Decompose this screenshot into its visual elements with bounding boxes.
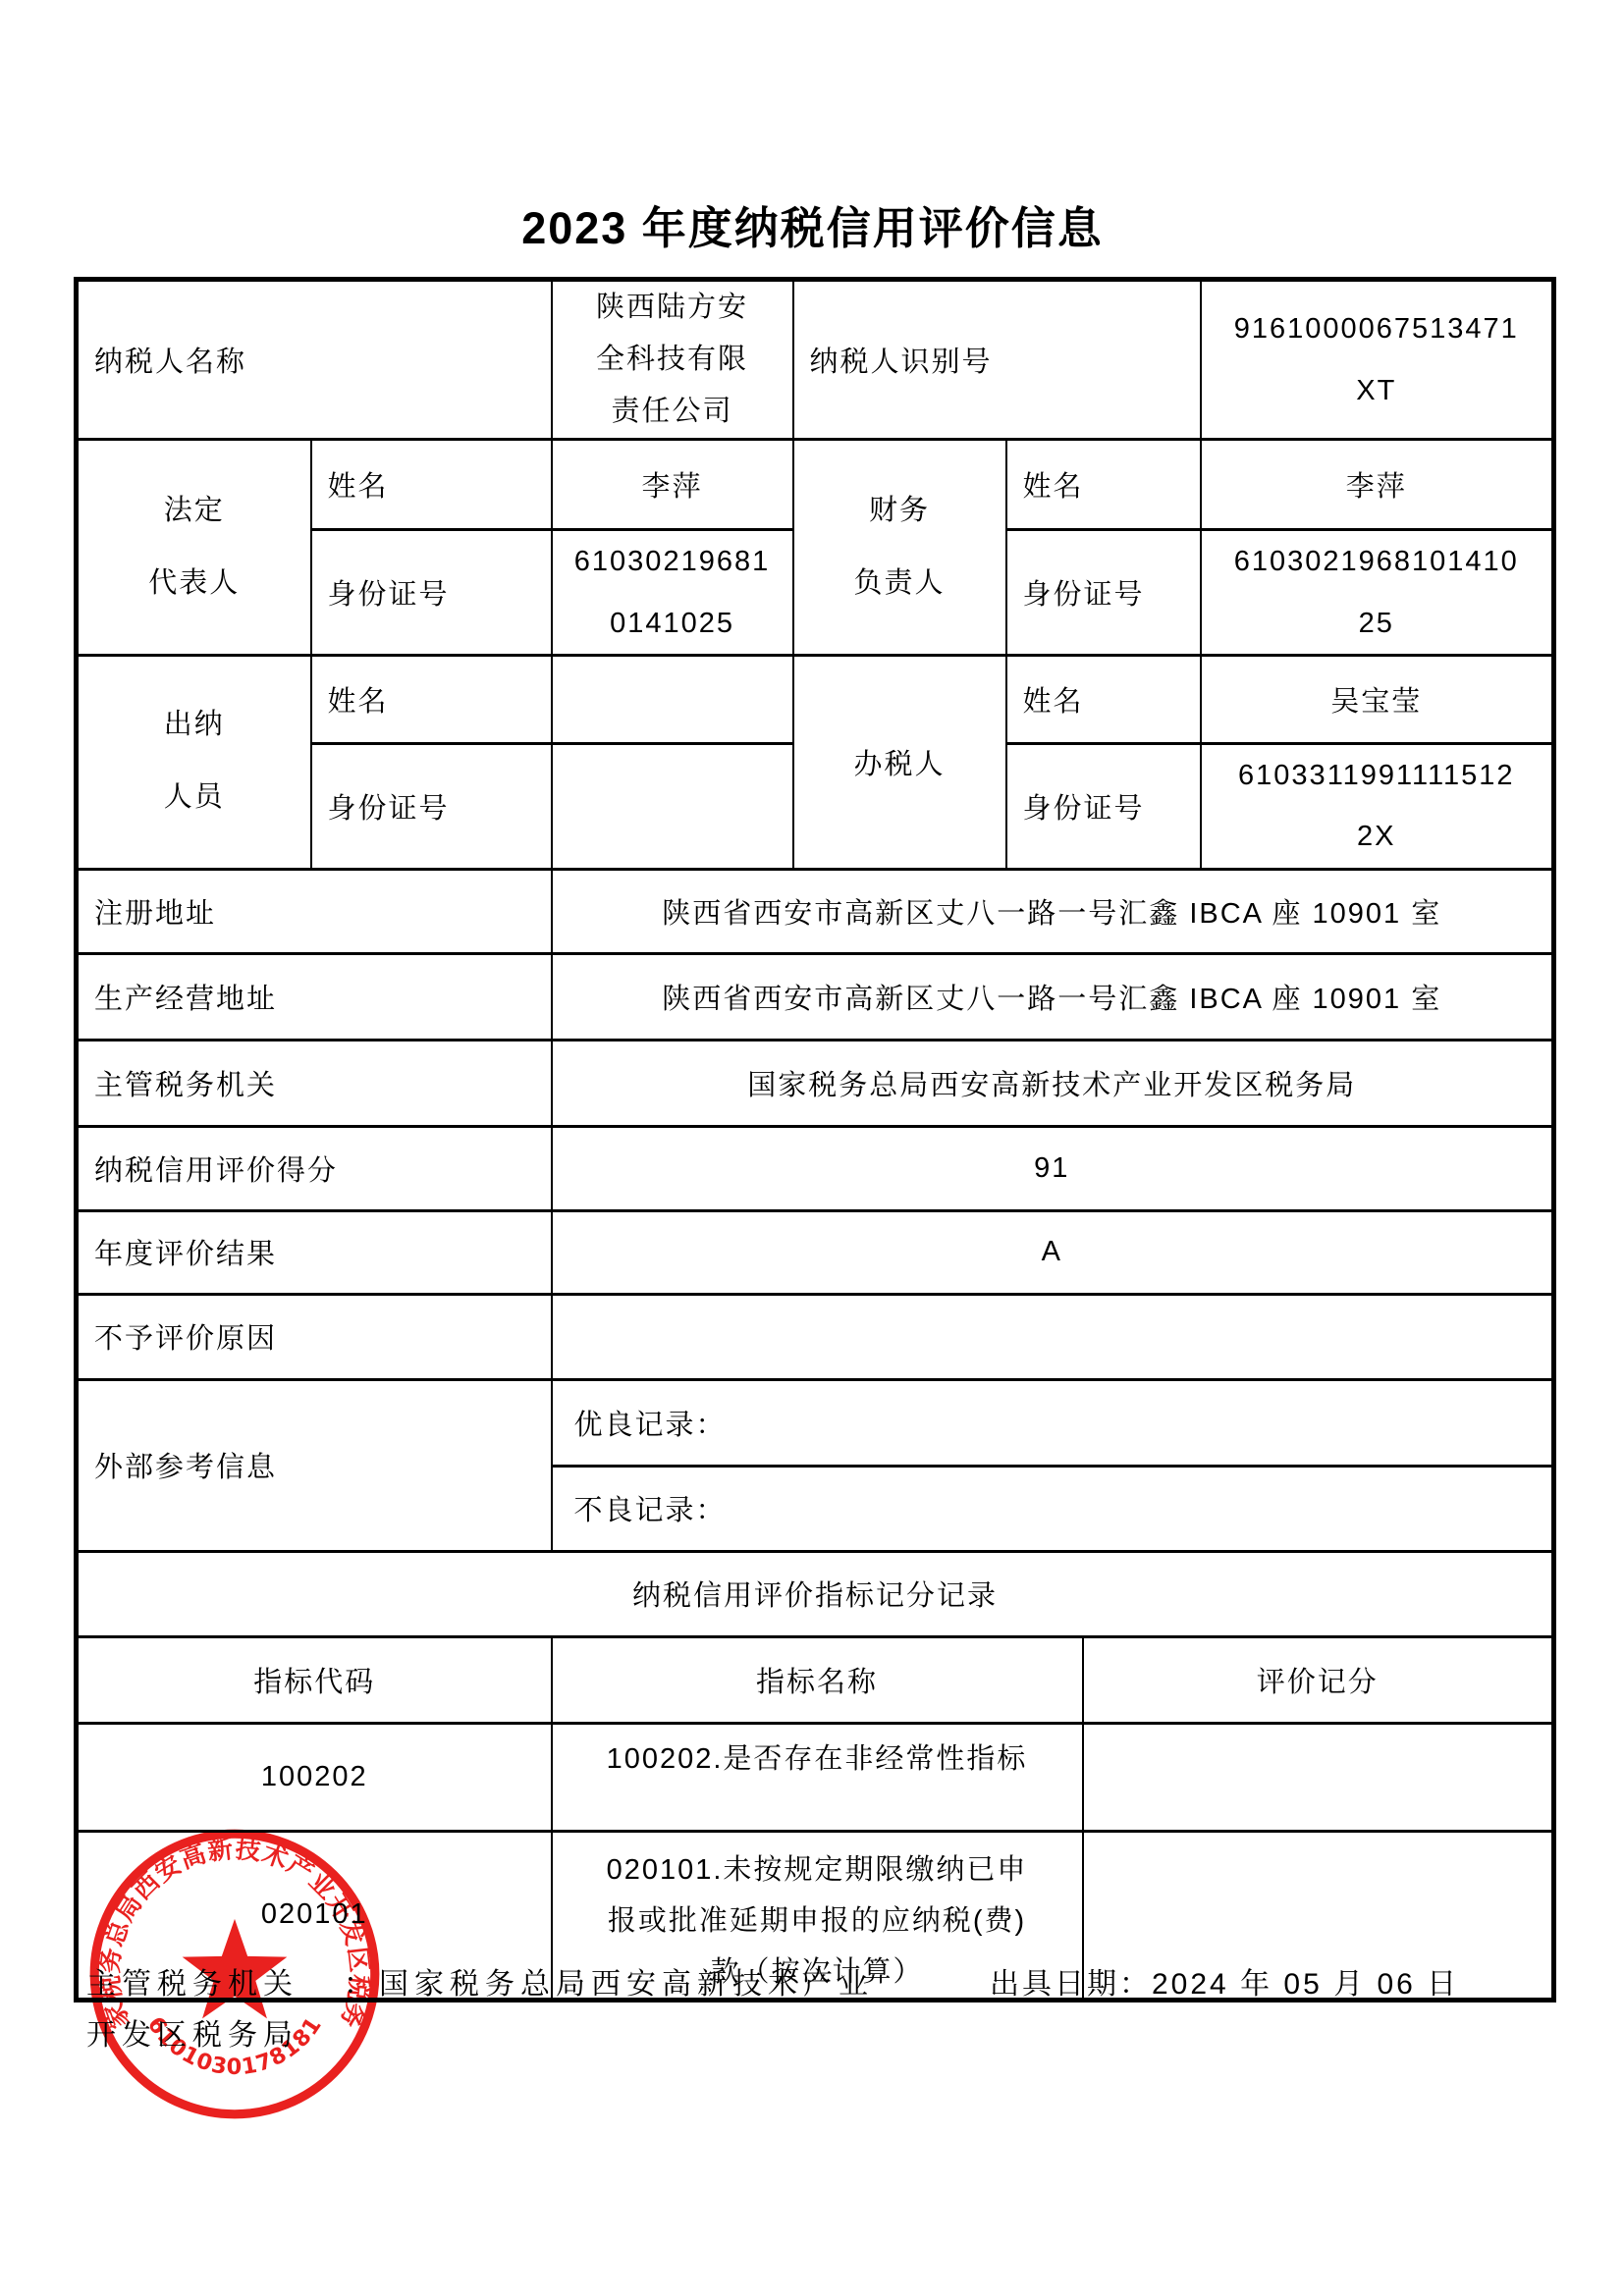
indicator-name-100202: 100202.是否存在非经常性指标 <box>552 1723 1083 1831</box>
tax-handler-id-value: 6103311991111512 2X <box>1201 743 1554 869</box>
legal-rep-name-label: 姓名 <box>311 440 552 530</box>
good-record-cell: 优良记录： <box>552 1379 1554 1466</box>
text-line: 责任公司 <box>553 386 792 438</box>
indicator-section-title: 纳税信用评价指标记分记录 <box>77 1551 1554 1636</box>
tax-handler-label: 办税人 <box>793 655 1006 869</box>
business-address-label: 生产经营地址 <box>77 953 552 1040</box>
table-row: 不予评价原因 <box>77 1294 1554 1379</box>
table-row: 指标代码 指标名称 评价记分 <box>77 1636 1554 1723</box>
text-line: 陕西陆方安 <box>553 282 792 334</box>
no-eval-reason-value <box>552 1294 1554 1379</box>
text-line: 出纳 <box>79 689 310 762</box>
text-line: 代表人 <box>79 548 310 620</box>
text-line: 负责人 <box>794 548 1005 620</box>
text-line: 61030219681 <box>553 531 792 592</box>
bad-record-cell: 不良记录： <box>552 1466 1554 1551</box>
indicator-score-100202 <box>1083 1723 1554 1831</box>
tax-authority-label: 主管税务机关 <box>77 1040 552 1126</box>
seal-ring-text-holder: 国家税务总局西安高新技术产业开发区税务局 <box>84 1824 374 2032</box>
legal-rep-id-label: 身份证号 <box>311 530 552 656</box>
indicator-name-header: 指标名称 <box>552 1636 1083 1723</box>
text-line: XT <box>1202 360 1552 421</box>
finance-officer-name-value: 李萍 <box>1201 440 1554 530</box>
table-row: 注册地址 陕西省西安市高新区丈八一路一号汇鑫 IBCA 座 10901 室 <box>77 869 1554 953</box>
cashier-label: 出纳 人员 <box>77 655 311 869</box>
text-line: 020101.未按规定期限缴纳已申 <box>553 1844 1082 1896</box>
text-line: 财务 <box>794 475 1005 548</box>
footer-authority-value-line1: 国家税务总局西安高新技术产业 <box>379 1968 874 2001</box>
text-line: 25 <box>1202 593 1552 654</box>
registered-address-label: 注册地址 <box>77 869 552 953</box>
tax-handler-name-label: 姓名 <box>1006 655 1201 743</box>
text-line: 9161000067513471 <box>1202 298 1552 359</box>
issue-date: 出具日期：2024 年 05 月 06 日 <box>990 1959 1459 2002</box>
table-row: 纳税信用评价指标记分记录 <box>77 1551 1554 1636</box>
cashier-id-label: 身份证号 <box>311 743 552 869</box>
indicator-score-header: 评价记分 <box>1083 1636 1554 1723</box>
tax-handler-name-value: 吴宝莹 <box>1201 655 1554 743</box>
cashier-id-value <box>552 743 793 869</box>
taxpayer-name-value: 陕西陆方安 全科技有限 责任公司 <box>552 280 793 440</box>
table-row: 纳税人名称 陕西陆方安 全科技有限 责任公司 纳税人识别号 9161000067… <box>77 280 1554 440</box>
table-row: 年度评价结果 A <box>77 1210 1554 1294</box>
page-title: 2023 年度纳税信用评价信息 <box>74 192 1551 256</box>
legal-rep-name-value: 李萍 <box>552 440 793 530</box>
official-seal-stamp: 国家税务总局西安高新技术产业开发区税务局 6101030178181 <box>84 1824 385 2124</box>
legal-rep-label: 法定 代表人 <box>77 440 311 656</box>
credit-score-label: 纳税信用评价得分 <box>77 1126 552 1210</box>
no-eval-reason-label: 不予评价原因 <box>77 1294 552 1379</box>
tax-credit-table: 纳税人名称 陕西陆方安 全科技有限 责任公司 纳税人识别号 9161000067… <box>74 277 1556 2002</box>
table-row: 生产经营地址 陕西省西安市高新区丈八一路一号汇鑫 IBCA 座 10901 室 <box>77 953 1554 1040</box>
finance-officer-label: 财务 负责人 <box>793 440 1006 656</box>
indicator-code-100202: 100202 <box>77 1723 552 1831</box>
text-line: 人员 <box>79 762 310 834</box>
finance-officer-name-label: 姓名 <box>1006 440 1201 530</box>
annual-result-value: A <box>552 1210 1554 1294</box>
indicator-code-header: 指标代码 <box>77 1636 552 1723</box>
finance-officer-id-label: 身份证号 <box>1006 530 1201 656</box>
text-line: 6103021968101410 <box>1202 531 1552 592</box>
cashier-name-value <box>552 655 793 743</box>
text-line: 0141025 <box>553 593 792 654</box>
table-row: 外部参考信息 优良记录： <box>77 1379 1554 1466</box>
issue-date-value: 2024 年 05 月 06 日 <box>1152 1968 1459 2001</box>
external-ref-label: 外部参考信息 <box>77 1379 552 1551</box>
table-row: 主管税务机关 国家税务总局西安高新技术产业开发区税务局 <box>77 1040 1554 1126</box>
taxpayer-id-label: 纳税人识别号 <box>793 280 1201 440</box>
legal-rep-id-value: 61030219681 0141025 <box>552 530 793 656</box>
business-address-value: 陕西省西安市高新区丈八一路一号汇鑫 IBCA 座 10901 室 <box>552 953 1554 1040</box>
indicator-row: 100202 100202.是否存在非经常性指标 <box>77 1723 1554 1831</box>
issue-date-label: 出具日期： <box>990 1968 1152 2001</box>
table-row: 法定 代表人 姓名 李萍 财务 负责人 姓名 李萍 <box>77 440 1554 530</box>
taxpayer-id-value: 9161000067513471 XT <box>1201 280 1554 440</box>
cashier-name-label: 姓名 <box>311 655 552 743</box>
finance-officer-id-value: 6103021968101410 25 <box>1201 530 1554 656</box>
seal-star <box>183 1919 288 2018</box>
seal-ring-text: 国家税务总局西安高新技术产业开发区税务局 <box>84 1824 374 2032</box>
taxpayer-name-label: 纳税人名称 <box>77 280 552 440</box>
table-row: 纳税信用评价得分 91 <box>77 1126 1554 1210</box>
text-line: 法定 <box>79 475 310 548</box>
text-line: 报或批准延期申报的应纳税(费) <box>553 1896 1082 1947</box>
text-line: 2X <box>1202 806 1552 867</box>
annual-result-label: 年度评价结果 <box>77 1210 552 1294</box>
text-line: 全科技有限 <box>553 334 792 386</box>
credit-score-value: 91 <box>552 1126 1554 1210</box>
tax-authority-value: 国家税务总局西安高新技术产业开发区税务局 <box>552 1040 1554 1126</box>
tax-handler-id-label: 身份证号 <box>1006 743 1201 869</box>
table-row: 出纳 人员 姓名 办税人 姓名 吴宝莹 <box>77 655 1554 743</box>
text-line: 6103311991111512 <box>1202 745 1552 806</box>
seal-code: 6101030178181 <box>142 2012 328 2080</box>
seal-code-holder: 6101030178181 <box>142 2012 328 2080</box>
registered-address-value: 陕西省西安市高新区丈八一路一号汇鑫 IBCA 座 10901 室 <box>552 869 1554 953</box>
